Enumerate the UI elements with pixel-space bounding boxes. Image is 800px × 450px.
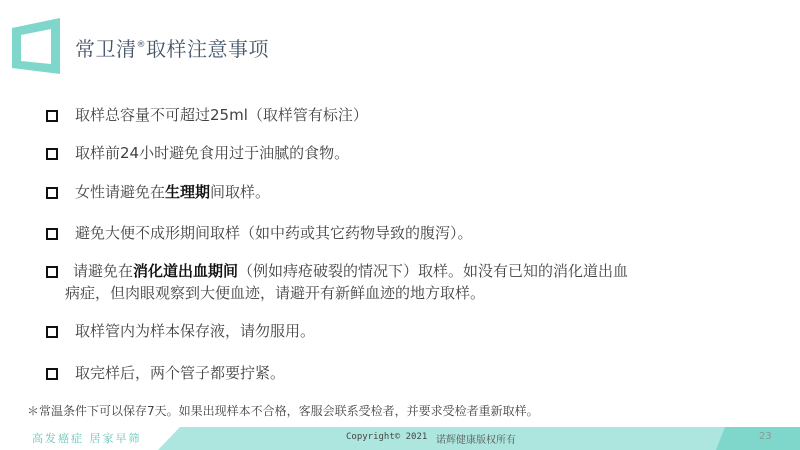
company-rights: 诺辉健康版权所有 [436,431,516,446]
item-text-continued: 病症，但肉眼观察到大便血迹，请避开有新鲜血迹的地方取样。 [65,282,753,304]
item-text: 间取样。 [210,183,270,201]
square-bullet-icon [46,228,58,240]
page-number: 23 [759,431,772,442]
item-text: 取样前24小时避免食用过于油腻的食物。 [75,144,349,162]
emphasis-text: 生理期 [165,183,210,201]
page-title: 常卫清®取样注意事项 [75,33,269,62]
copyright-text: Copyright© 2021 [346,432,427,442]
square-bullet-icon [46,148,58,160]
square-bullet-icon [46,326,58,338]
square-bullet-icon [46,187,58,199]
item-text: （例如痔疮破裂的情况下）取样。如没有已知的消化道出血 [238,262,628,280]
item-text: 避免大便不成形期间取样（如中药或其它药物导致的腹泻）。 [75,224,473,242]
emphasis-text: 消化道出血期间 [133,262,238,280]
square-bullet-icon [46,110,58,122]
logo-frame-icon [10,16,64,76]
square-bullet-icon [46,266,58,278]
item-text: 取完样后，两个管子都要拧紧。 [75,364,285,382]
registered-mark: ® [137,40,147,50]
item-text: 取样总容量不可超过25ml（取样管有标注） [75,106,368,124]
square-bullet-icon [46,368,58,380]
footer-slogan: 高发癌症 居家早筛 [32,430,142,446]
item-text: 女性请避免在 [75,183,165,201]
item-text: 请避免在 [73,262,133,280]
storage-note: ＊常温条件下可以保存7天。如果出现样本不合格，客服会联系受检者，并要求受检者重新… [27,402,539,419]
brand-name: 常卫清 [75,37,137,61]
item-text: 取样管内为样本保存液，请勿服用。 [75,322,315,340]
title-text: 取样注意事项 [146,37,269,61]
